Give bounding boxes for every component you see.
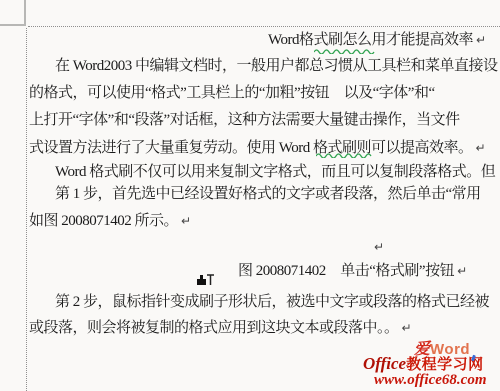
text-boundary-left [26,28,27,391]
body-line[interactable]: 上打开“字体”和“段落”对话框，这种方法需要大量键击操作，当文件 [29,111,460,129]
body-line[interactable]: 第 1 步，首先选中已经设置好格式的文字或者段落，然后单击“常用 [55,185,481,203]
body-line[interactable]: 第 2 步，鼠标指针变成刷子形状后，被选中文字或段落的格式已经被 [55,293,489,311]
body-line[interactable]: 的格式，可以使用“格式”工具栏上的“加粗”按钮 以及“字体”和“ [29,84,435,102]
grammar-squiggle [314,48,376,54]
body-text: 第 1 步，首先选中已经设置好格式的文字或者段落，然后单击“常用 [55,186,481,202]
watermark-url-line: www.office68.com [374,371,487,389]
caption-text: 图 2008071402 单击“格式刷”按钮 [238,263,454,279]
body-text: 在 Word2003 中编辑文档时，一般用户都总习惯从工具栏和菜单直接设 [55,58,497,74]
body-line[interactable]: 如图 2008071402 所示。↵ [29,212,191,230]
document-title-line[interactable]: Word格式刷怎么用才能提高效率↵ [268,31,486,49]
format-painter-cursor-icon [196,274,216,291]
title-text: Word格式刷怎么用才能提高效率 [268,32,473,48]
body-text: 式设置方法进行了大量重复劳动。使用 Word 格式刷则可以提高效率。 [29,140,472,156]
body-line[interactable]: 在 Word2003 中编辑文档时，一般用户都总习惯从工具栏和菜单直接设 [55,57,497,75]
watermark-url-text: www.office68.com [374,372,487,388]
body-text: 上打开“字体”和“段落”对话框，这种方法需要大量键击操作，当文件 [29,112,460,128]
paragraph-mark: ↵ [475,141,485,155]
empty-paragraph-line[interactable]: ↵ [374,238,384,256]
body-line[interactable]: Word 格式刷不仅可以用来复制文字格式，而且可以复制段落格式。但 [55,163,495,181]
body-text: Word 格式刷不仅可以用来复制文字格式，而且可以复制段落格式。但 [55,164,495,180]
paragraph-mark: ↵ [457,264,467,278]
body-line[interactable]: 式设置方法进行了大量重复劳动。使用 Word 格式刷则可以提高效率。↵ [29,139,485,157]
body-text: 如图 2008071402 所示。 [29,213,178,229]
body-text: 或段落，则会将被复制的格式应用到这块文本或段落中。。 [29,320,399,336]
body-line[interactable]: 或段落，则会将被复制的格式应用到这块文本或段落中。。↵ [29,319,411,337]
text-boundary-top [28,26,500,27]
page-corner-vertical-line [24,0,26,26]
page-corner-horizontal-line [0,24,25,26]
paragraph-mark: ↵ [374,240,384,254]
grammar-squiggle [316,152,374,158]
figure-caption-line[interactable]: 图 2008071402 单击“格式刷”按钮↵ [238,262,467,280]
body-text: 第 2 步，鼠标指针变成刷子形状后，被选中文字或段落的格式已经被 [55,294,489,310]
paragraph-mark: ↵ [181,214,191,228]
paragraph-mark: ↵ [476,33,486,47]
body-text: 的格式，可以使用“格式”工具栏上的“加粗”按钮 以及“字体”和“ [29,85,435,101]
paragraph-mark: ↵ [402,321,412,335]
word-document-page: Word格式刷怎么用才能提高效率↵ 在 Word2003 中编辑文档时，一般用户… [0,0,500,391]
